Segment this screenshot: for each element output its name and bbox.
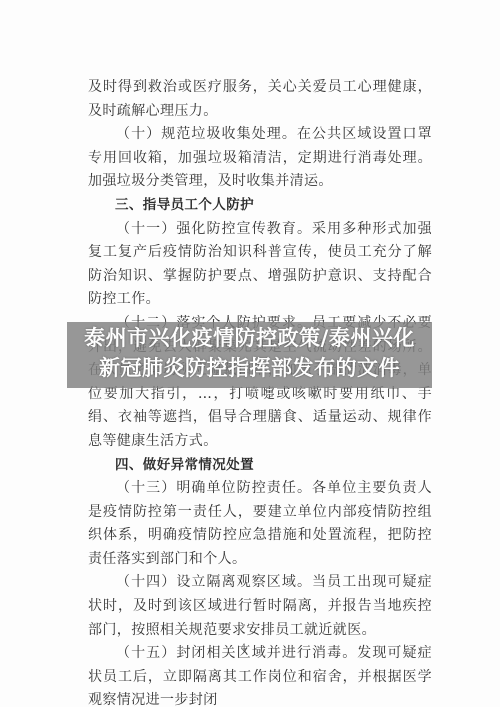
- paragraph-item-15: （十五）封闭相关区域并进行消毒。发现可疑症状员工后，立即隔离其工作岗位和宿舍，并…: [88, 642, 432, 707]
- paragraph-item-14: （十四）设立隔离观察区域。当员工出现可疑症状时，及时到该区域进行暂时隔离，并报告…: [88, 571, 432, 642]
- overlay-title-line-1: 泰州市兴化疫情防控政策/泰州兴化: [67, 323, 432, 353]
- overlay-title: 泰州市兴化疫情防控政策/泰州兴化 新冠肺炎防控指挥部发布的文件: [67, 323, 432, 383]
- title-overlay-banner: 泰州市兴化疫情防控政策/泰州兴化 新冠肺炎防控指挥部发布的文件: [67, 322, 432, 388]
- document-body: 及时得到救治或医疗服务，关心关爱员工心理健康，及时疏解心理压力。 （十）规范垃圾…: [88, 76, 432, 707]
- section-heading-3: 三、指导员工个人防护: [88, 194, 432, 218]
- page-number: 4: [241, 643, 246, 652]
- section-heading-4: 四、做好异常情况处置: [88, 454, 432, 478]
- paragraph-continued: 及时得到救治或医疗服务，关心关爱员工心理健康，及时疏解心理压力。: [88, 76, 432, 123]
- paragraph-item-11: （十一）强化防控宣传教育。采用多种形式加强复工复产后疫情防治知识科普宣传，使员工…: [88, 218, 432, 312]
- paragraph-item-13: （十三）明确单位防控责任。各单位主要负责人是疫情防控第一责任人，要建立单位内部疫…: [88, 477, 432, 571]
- overlay-title-line-2: 新冠肺炎防控指挥部发布的文件: [67, 353, 432, 383]
- paragraph-item-10: （十）规范垃圾收集处理。在公共区域设置口罩专用回收箱，加强垃圾箱清洁，定期进行消…: [88, 123, 432, 194]
